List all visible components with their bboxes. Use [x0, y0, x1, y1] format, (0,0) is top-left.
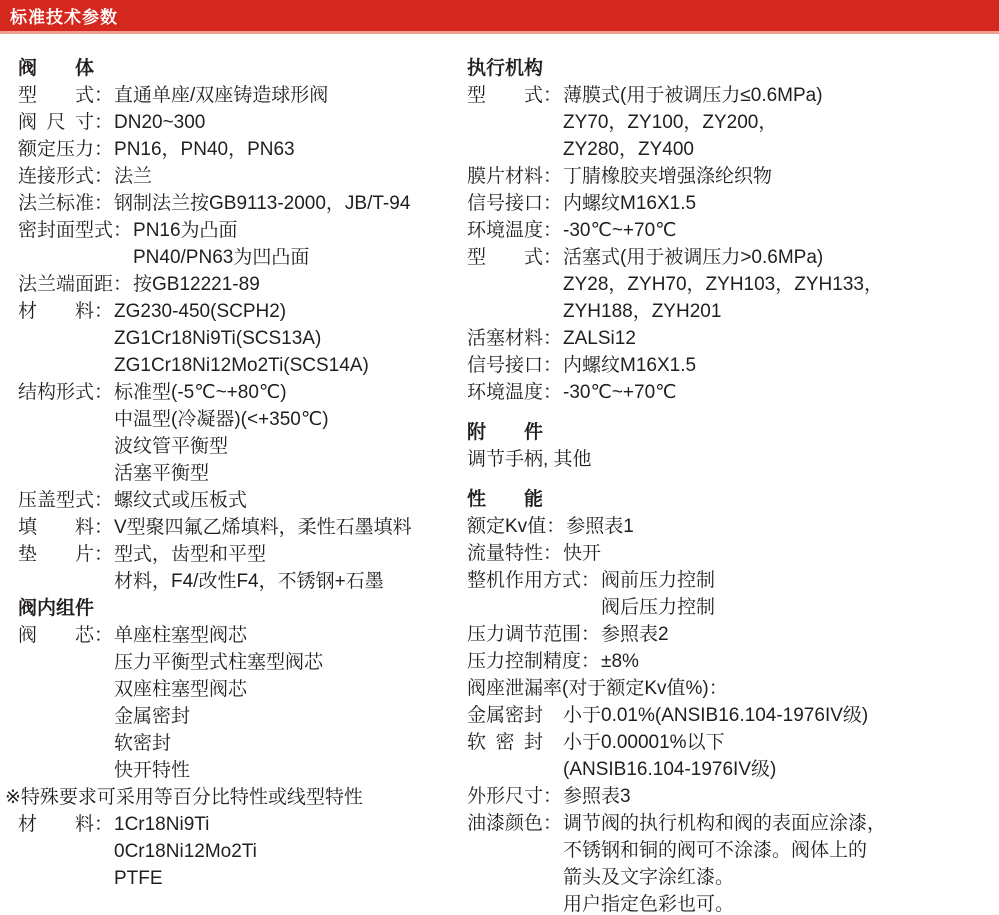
- row-value: ±8%: [601, 648, 993, 675]
- spec-row: 活塞平衡型: [18, 460, 467, 487]
- spec-row: 连接形式：法兰: [18, 163, 467, 190]
- row-colon: ：: [94, 811, 114, 838]
- spec-row: 填料：V型聚四氟乙烯填料，柔性石墨填料: [18, 514, 467, 541]
- row-label: 压盖型式: [18, 487, 94, 514]
- row-colon: ：: [543, 163, 563, 190]
- row-value: 型式，齿型和平型: [114, 541, 467, 568]
- spec-row: 阀后压力控制: [467, 594, 993, 621]
- row-value: 螺纹式或压板式: [114, 487, 467, 514]
- row-text: 阀后压力控制: [601, 594, 993, 621]
- row-value: 调节阀的执行机构和阀的表面应涂漆，: [563, 810, 993, 837]
- row-text: 软密封: [114, 730, 467, 757]
- spec-row: 软密封小于0.00001%以下: [467, 729, 993, 756]
- row-label: 流量特性: [467, 540, 543, 567]
- row-label: 阀芯: [18, 622, 94, 649]
- row-label: 额定Kv值: [467, 513, 546, 540]
- spec-row: 双座柱塞型阀芯: [18, 676, 467, 703]
- spec-row: 材料：ZG230-450(SCPH2): [18, 298, 467, 325]
- row-value: PN16，PN40，PN63: [114, 136, 467, 163]
- spec-row: ZY28，ZYH70，ZYH103，ZYH133，: [467, 271, 993, 298]
- spec-row: PTFE: [18, 865, 467, 892]
- row-label: 活塞材料: [467, 325, 543, 352]
- spec-row: 金属密封小于0.01%(ANSIB16.104-1976IV级): [467, 702, 993, 729]
- row-label: 填料: [18, 514, 94, 541]
- column-left: 阀体型式：直通单座/双座铸造球形阀阀尺寸：DN20~300额定压力：PN16，P…: [18, 55, 467, 915]
- row-label: 压力调节范围: [467, 621, 581, 648]
- spec-row: 波纹管平衡型: [18, 433, 467, 460]
- row-text: 压力平衡型式柱塞型阀芯: [114, 649, 467, 676]
- spec-row: 金属密封: [18, 703, 467, 730]
- spec-section: 附件调节手柄, 其他: [467, 419, 993, 473]
- row-colon: ：: [94, 163, 114, 190]
- row-label: 阀尺寸: [18, 109, 94, 136]
- row-value: 小于0.00001%以下: [563, 729, 993, 756]
- spec-row: 材料：1Cr18Ni9Ti: [18, 811, 467, 838]
- row-colon: ：: [94, 487, 114, 514]
- spec-row: 不锈钢和铜的阀可不涂漆。阀体上的: [467, 837, 993, 864]
- row-label: 信号接口: [467, 352, 543, 379]
- row-label: 环境温度: [467, 379, 543, 406]
- row-text: ZY28，ZYH70，ZYH103，ZYH133，: [563, 271, 993, 298]
- row-label: 膜片材料: [467, 163, 543, 190]
- row-value: 内螺纹M16X1.5: [563, 352, 993, 379]
- row-colon: ：: [94, 298, 114, 325]
- row-value: 薄膜式(用于被调压力≤0.6MPa): [563, 82, 993, 109]
- spec-row: 垫片：型式，齿型和平型: [18, 541, 467, 568]
- row-colon: ：: [543, 82, 563, 109]
- row-label: 型式: [18, 82, 94, 109]
- spec-row: PN40/PN63为凹凸面: [18, 244, 467, 271]
- row-value: ZALSi12: [563, 325, 993, 352]
- section-heading: 阀体: [18, 55, 94, 82]
- spec-row: 快开特性: [18, 757, 467, 784]
- spec-row: 中温型(冷凝器)(<+350℃): [18, 406, 467, 433]
- row-label: 材料: [18, 811, 94, 838]
- row-text: ZG1Cr18Ni12Mo2Ti(SCS14A): [114, 352, 467, 379]
- spec-row: 阀座泄漏率(对于额定Kv值%)：: [467, 675, 993, 702]
- row-value: 标准型(-5℃~+80℃): [114, 379, 467, 406]
- spec-row: 油漆颜色：调节阀的执行机构和阀的表面应涂漆，: [467, 810, 993, 837]
- row-value: 内螺纹M16X1.5: [563, 190, 993, 217]
- section-heading: 附件: [467, 419, 543, 446]
- row-colon: ：: [94, 622, 114, 649]
- spec-row: 压力控制精度：±8%: [467, 648, 993, 675]
- row-label: 油漆颜色: [467, 810, 543, 837]
- row-label: 环境温度: [467, 217, 543, 244]
- row-value: 丁腈橡胶夹增强涤纶织物: [563, 163, 993, 190]
- spec-row: 信号接口：内螺纹M16X1.5: [467, 190, 993, 217]
- spec-row: ZG1Cr18Ni9Ti(SCS13A): [18, 325, 467, 352]
- row-text: 波纹管平衡型: [114, 433, 467, 460]
- row-text: ZYH188，ZYH201: [563, 298, 993, 325]
- spec-row: 材料，F4/改性F4，不锈钢+石墨: [18, 568, 467, 595]
- row-label: 结构形式: [18, 379, 94, 406]
- row-label: 软密封: [467, 729, 543, 756]
- spec-section: 阀内组件阀芯：单座柱塞型阀芯压力平衡型式柱塞型阀芯双座柱塞型阀芯金属密封软密封快…: [18, 595, 467, 892]
- row-label: 密封面型式: [18, 217, 113, 244]
- spec-row: ※特殊要求可采用等百分比特性或线型特性: [5, 784, 467, 811]
- row-value: 单座柱塞型阀芯: [114, 622, 467, 649]
- row-colon: ：: [543, 379, 563, 406]
- row-label: 外形尺寸: [467, 783, 543, 810]
- row-value: ZG230-450(SCPH2): [114, 298, 467, 325]
- row-text: 中温型(冷凝器)(<+350℃): [114, 406, 467, 433]
- row-colon: ：: [94, 514, 114, 541]
- spec-row: ZY70，ZY100，ZY200，: [467, 109, 993, 136]
- row-colon: ：: [581, 621, 601, 648]
- row-value: 小于0.01%(ANSIB16.104-1976IV级): [563, 702, 993, 729]
- spec-row: 膜片材料：丁腈橡胶夹增强涤纶织物: [467, 163, 993, 190]
- row-colon: ：: [94, 136, 114, 163]
- row-value: 参照表1: [566, 513, 993, 540]
- row-value: 快开: [563, 540, 993, 567]
- row-label: 信号接口: [467, 190, 543, 217]
- row-colon: ：: [94, 541, 114, 568]
- section-heading: 阀内组件: [18, 595, 467, 622]
- section-heading: 性能: [467, 486, 543, 513]
- spec-page: 阀体型式：直通单座/双座铸造球形阀阀尺寸：DN20~300额定压力：PN16，P…: [0, 34, 999, 915]
- row-colon: ：: [543, 190, 563, 217]
- row-label: 型式: [467, 82, 543, 109]
- row-value: 按GB12221-89: [133, 271, 467, 298]
- spec-row: 阀芯：单座柱塞型阀芯: [18, 622, 467, 649]
- spec-row: 法兰标准：钢制法兰按GB9113-2000，JB/T-94: [18, 190, 467, 217]
- row-value: 法兰: [114, 163, 467, 190]
- spec-section: 执行机构型式：薄膜式(用于被调压力≤0.6MPa)ZY70，ZY100，ZY20…: [467, 55, 993, 406]
- spec-row: ZY280，ZY400: [467, 136, 993, 163]
- row-text: PN40/PN63为凹凸面: [133, 244, 467, 271]
- row-text: 快开特性: [114, 757, 467, 784]
- row-text: 0Cr18Ni12Mo2Ti: [114, 838, 467, 865]
- spec-row: ZYH188，ZYH201: [467, 298, 993, 325]
- spec-row: (ANSIB16.104-1976IV级): [467, 756, 993, 783]
- section-header-bar: 标准技术参数: [0, 0, 999, 34]
- row-value: -30℃~+70℃: [563, 217, 993, 244]
- row-label: 法兰端面距: [18, 271, 113, 298]
- row-text: 阀座泄漏率(对于额定Kv值%)：: [467, 675, 993, 702]
- row-colon: ：: [94, 190, 114, 217]
- row-value: 1Cr18Ni9Ti: [114, 811, 467, 838]
- row-text: ※特殊要求可采用等百分比特性或线型特性: [5, 784, 467, 811]
- row-colon: ：: [543, 244, 563, 271]
- spec-row: 型式：直通单座/双座铸造球形阀: [18, 82, 467, 109]
- row-text: 金属密封: [114, 703, 467, 730]
- row-text: ZY280，ZY400: [563, 136, 993, 163]
- row-label: 额定压力: [18, 136, 94, 163]
- row-label: 金属密封: [467, 702, 543, 729]
- row-text: 箭头及文字涂红漆。: [563, 864, 993, 891]
- row-colon: ：: [543, 540, 563, 567]
- row-label: 法兰标准: [18, 190, 94, 217]
- spec-row: 额定Kv值：参照表1: [467, 513, 993, 540]
- row-colon: ：: [581, 648, 601, 675]
- spec-row: 调节手柄, 其他: [467, 446, 993, 473]
- spec-row: 信号接口：内螺纹M16X1.5: [467, 352, 993, 379]
- row-label: 型式: [467, 244, 543, 271]
- row-value: DN20~300: [114, 109, 467, 136]
- spec-row: 压盖型式：螺纹式或压板式: [18, 487, 467, 514]
- spec-row: 环境温度：-30℃~+70℃: [467, 379, 993, 406]
- spec-row: 箭头及文字涂红漆。: [467, 864, 993, 891]
- row-label: 整机作用方式: [467, 567, 581, 594]
- row-value: 阀前压力控制: [601, 567, 993, 594]
- row-colon: ：: [581, 567, 601, 594]
- spec-row: 阀尺寸：DN20~300: [18, 109, 467, 136]
- row-text: 活塞平衡型: [114, 460, 467, 487]
- spec-section: 性能额定Kv值：参照表1流量特性：快开整机作用方式：阀前压力控制阀后压力控制压力…: [467, 486, 993, 915]
- spec-row: 型式：活塞式(用于被调压力>0.6MPa): [467, 244, 993, 271]
- spec-row: 压力调节范围：参照表2: [467, 621, 993, 648]
- row-colon: ：: [543, 217, 563, 244]
- row-text: ZY70，ZY100，ZY200，: [563, 109, 993, 136]
- row-colon: ：: [543, 810, 563, 837]
- spec-row: 整机作用方式：阀前压力控制: [467, 567, 993, 594]
- row-colon: ：: [546, 513, 566, 540]
- row-colon: ：: [94, 109, 114, 136]
- row-text: 材料，F4/改性F4，不锈钢+石墨: [114, 568, 467, 595]
- row-colon: ：: [113, 271, 133, 298]
- row-colon: ：: [94, 82, 114, 109]
- row-label: 连接形式: [18, 163, 94, 190]
- spec-row: 用户指定色彩也可。: [467, 891, 993, 915]
- spec-row: 流量特性：快开: [467, 540, 993, 567]
- row-value: V型聚四氟乙烯填料，柔性石墨填料: [114, 514, 467, 541]
- row-text: ZG1Cr18Ni9Ti(SCS13A): [114, 325, 467, 352]
- row-colon: ：: [543, 325, 563, 352]
- spec-row: 外形尺寸：参照表3: [467, 783, 993, 810]
- column-right: 执行机构型式：薄膜式(用于被调压力≤0.6MPa)ZY70，ZY100，ZY20…: [467, 55, 993, 915]
- section-heading: 执行机构: [467, 55, 993, 82]
- spec-row: 型式：薄膜式(用于被调压力≤0.6MPa): [467, 82, 993, 109]
- spec-row: 密封面型式：PN16为凸面: [18, 217, 467, 244]
- row-colon: ：: [543, 783, 563, 810]
- spec-row: 软密封: [18, 730, 467, 757]
- spec-row: 环境温度：-30℃~+70℃: [467, 217, 993, 244]
- spec-row: 额定压力：PN16，PN40，PN63: [18, 136, 467, 163]
- row-value: 参照表2: [601, 621, 993, 648]
- row-text: 用户指定色彩也可。: [563, 891, 993, 915]
- row-label: 垫片: [18, 541, 94, 568]
- row-value: 钢制法兰按GB9113-2000，JB/T-94: [114, 190, 467, 217]
- row-text: 双座柱塞型阀芯: [114, 676, 467, 703]
- row-value: 直通单座/双座铸造球形阀: [114, 82, 467, 109]
- row-value: 活塞式(用于被调压力>0.6MPa): [563, 244, 993, 271]
- row-colon: ：: [113, 217, 133, 244]
- page-title: 标准技术参数: [10, 3, 118, 28]
- spec-row: 压力平衡型式柱塞型阀芯: [18, 649, 467, 676]
- row-value: -30℃~+70℃: [563, 379, 993, 406]
- row-value: PN16为凸面: [133, 217, 467, 244]
- row-text: 调节手柄, 其他: [467, 446, 993, 473]
- row-label: 材料: [18, 298, 94, 325]
- spec-row: 结构形式：标准型(-5℃~+80℃): [18, 379, 467, 406]
- row-value: 参照表3: [563, 783, 993, 810]
- row-text: 不锈钢和铜的阀可不涂漆。阀体上的: [563, 837, 993, 864]
- row-colon: ：: [94, 379, 114, 406]
- spec-row: 0Cr18Ni12Mo2Ti: [18, 838, 467, 865]
- row-text: (ANSIB16.104-1976IV级): [563, 756, 993, 783]
- spec-row: 法兰端面距：按GB12221-89: [18, 271, 467, 298]
- spec-section: 阀体型式：直通单座/双座铸造球形阀阀尺寸：DN20~300额定压力：PN16，P…: [18, 55, 467, 595]
- row-text: PTFE: [114, 865, 467, 892]
- spec-row: ZG1Cr18Ni12Mo2Ti(SCS14A): [18, 352, 467, 379]
- spec-row: 活塞材料：ZALSi12: [467, 325, 993, 352]
- row-label: 压力控制精度: [467, 648, 581, 675]
- row-colon: ：: [543, 352, 563, 379]
